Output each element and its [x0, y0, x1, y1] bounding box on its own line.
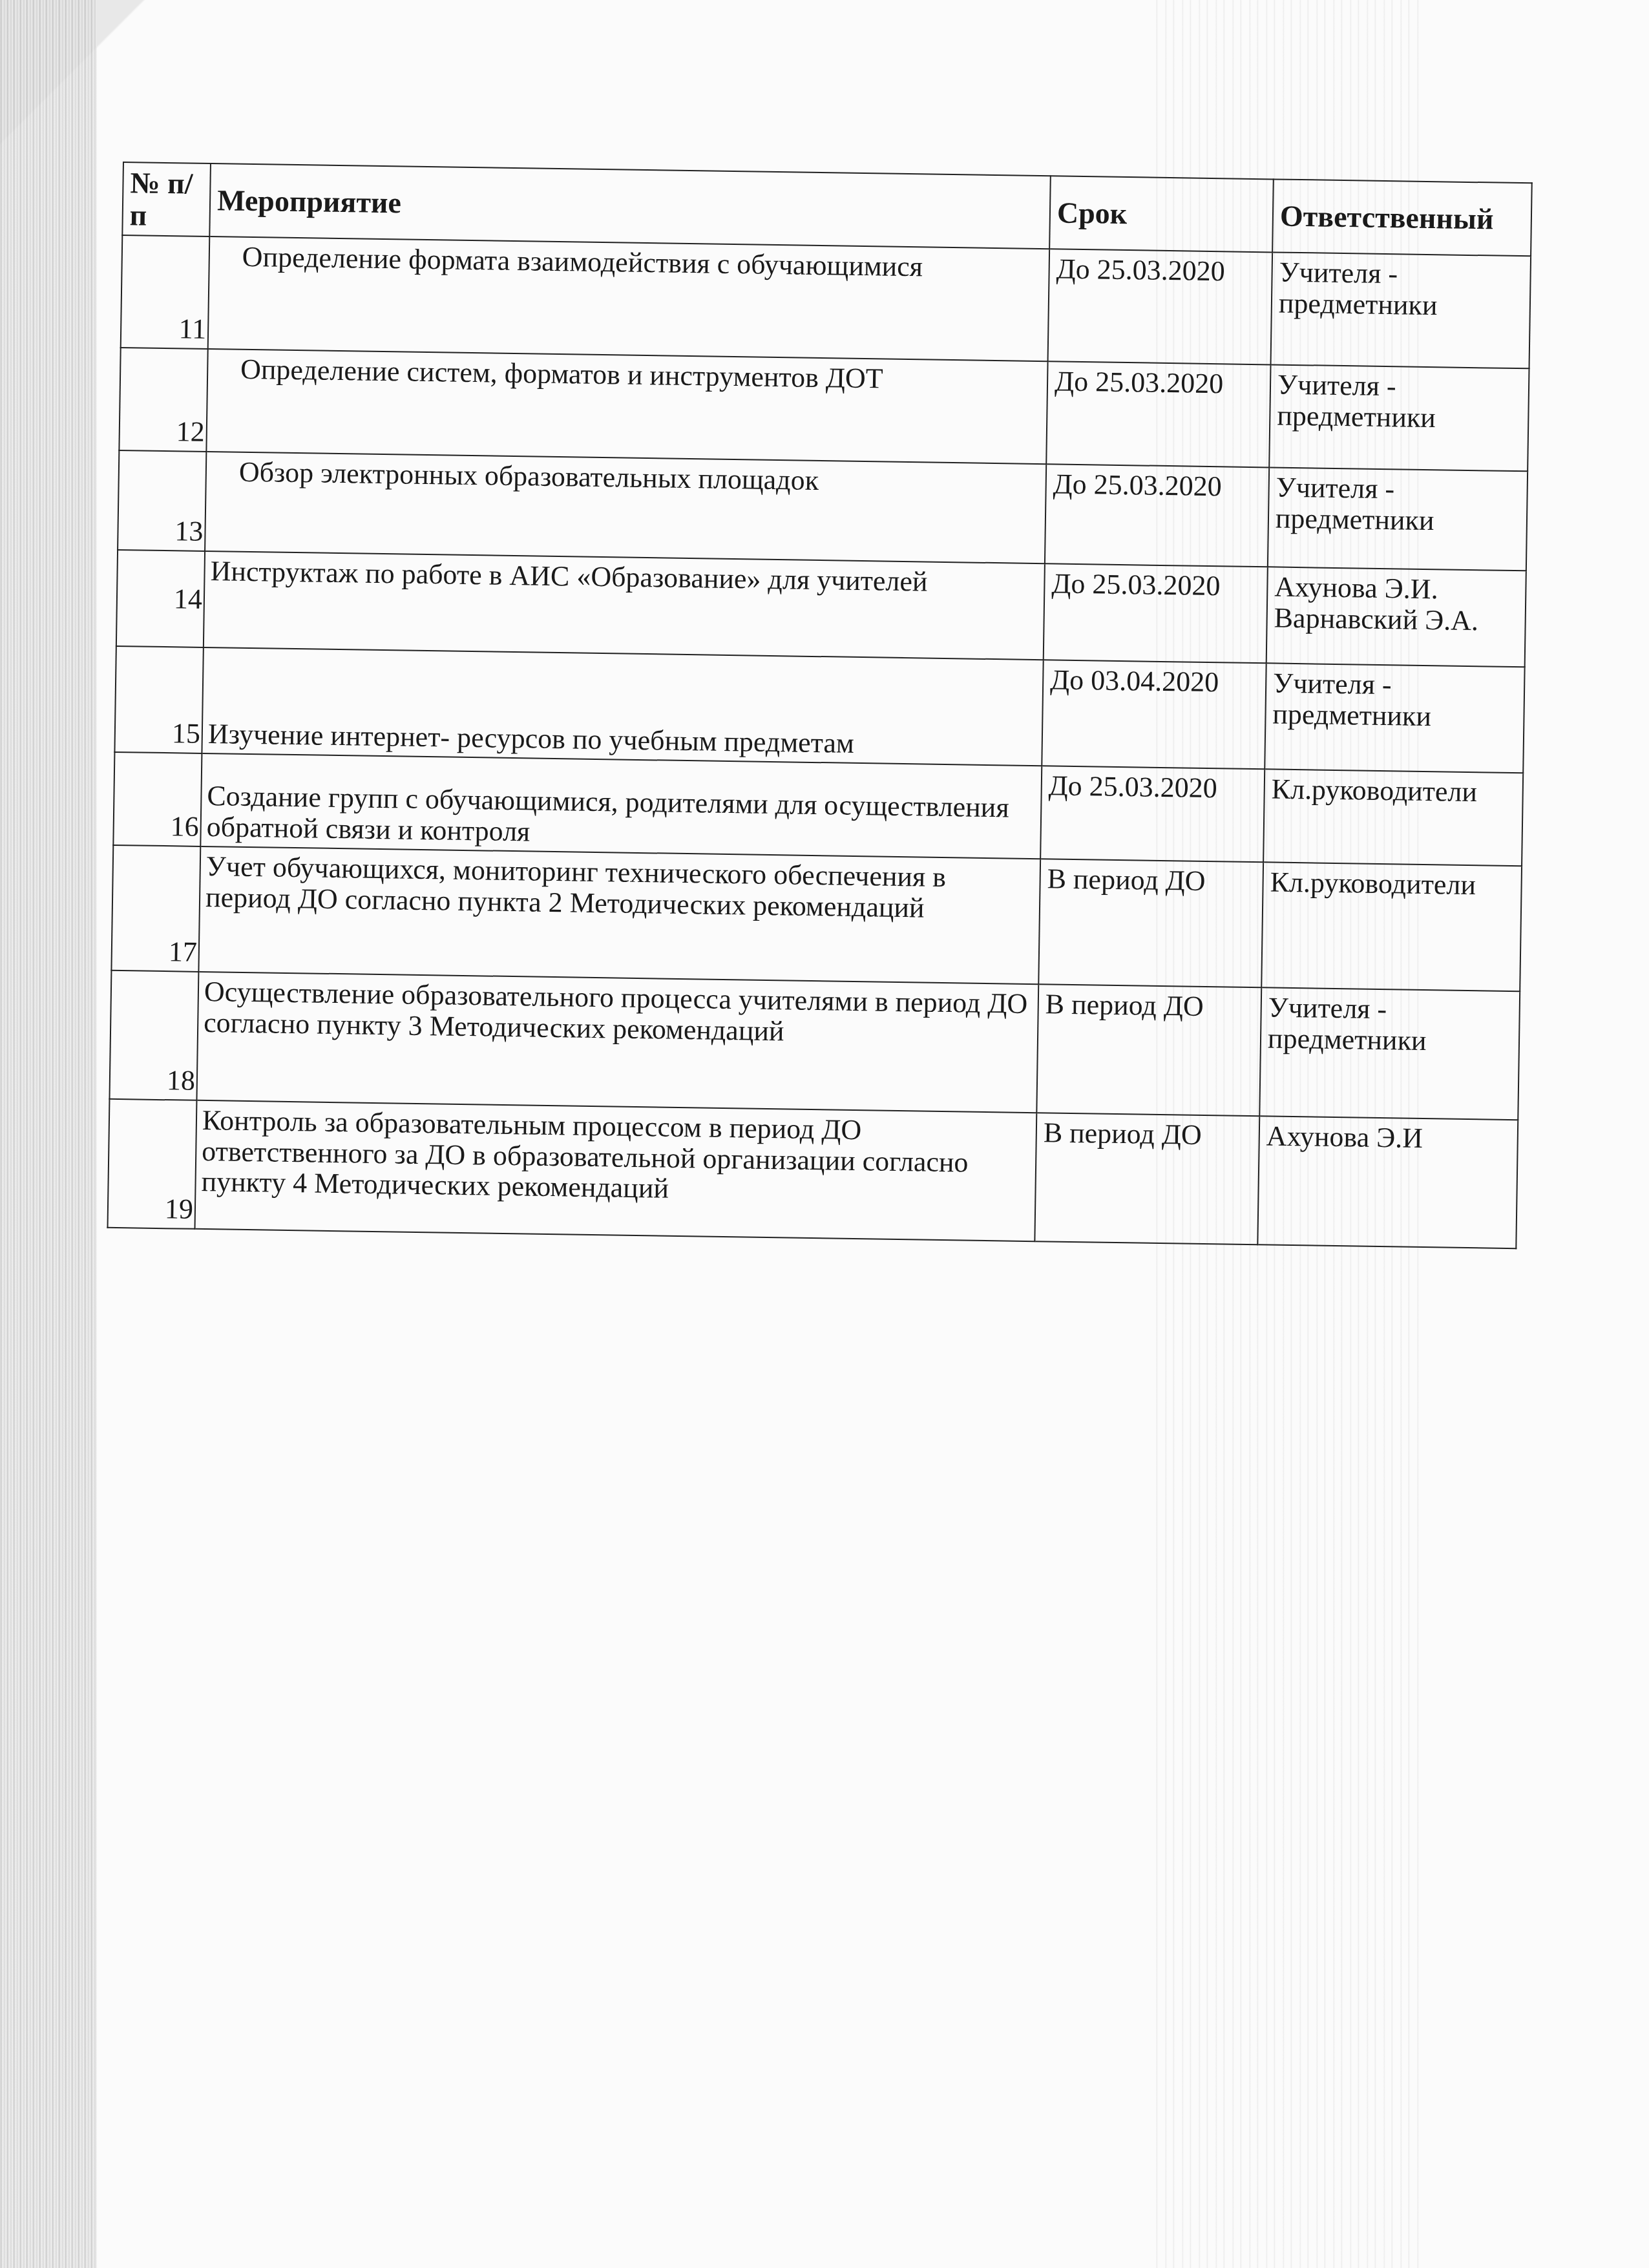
- table-row: 18 Осуществление образовательного процес…: [109, 971, 1520, 1120]
- table-row: 11 Определение формата взаимодействия с …: [121, 235, 1531, 368]
- row-num: 16: [113, 752, 202, 846]
- row-num: 15: [114, 646, 203, 753]
- row-num: 17: [111, 845, 200, 972]
- row-deadline: До 25.03.2020: [1040, 766, 1265, 863]
- row-num: 13: [118, 450, 206, 551]
- row-num: 11: [121, 235, 210, 349]
- row-activity: Инструктаж по работе в АИС «Образование»…: [204, 551, 1045, 660]
- row-activity: Учет обучающихся, мониторинг техническог…: [198, 846, 1040, 984]
- row-responsible: Учителя - предметники: [1269, 365, 1529, 472]
- table-row: 19 Контроль за образовательным процессом…: [108, 1099, 1518, 1248]
- table-row: 17 Учет обучающихся, мониторинг техничес…: [111, 845, 1522, 991]
- plan-table: № п/п Мероприятие Срок Ответственный 11 …: [107, 162, 1533, 1250]
- row-activity: Определение формата взаимодействия с обу…: [208, 236, 1049, 361]
- row-activity: Определение систем, форматов и инструмен…: [206, 349, 1047, 464]
- row-deadline: До 25.03.2020: [1045, 465, 1269, 567]
- header-deadline: Срок: [1049, 176, 1274, 252]
- row-responsible: Кл.руководители: [1261, 863, 1522, 992]
- row-responsible: Учителя - предметники: [1259, 988, 1520, 1120]
- row-deadline: В период ДО: [1035, 1113, 1259, 1244]
- row-num: 12: [119, 348, 207, 452]
- row-responsible: Ахунова Э.И. Варнавский Э.А.: [1266, 567, 1526, 667]
- row-responsible: Ахунова Э.И: [1257, 1117, 1518, 1249]
- row-num: 18: [109, 971, 198, 1100]
- header-responsible: Ответственный: [1272, 179, 1532, 256]
- row-deadline: До 25.03.2020: [1046, 362, 1270, 468]
- row-responsible: Учителя - предметники: [1265, 664, 1524, 773]
- header-activity: Мероприятие: [209, 163, 1051, 249]
- row-deadline: До 25.03.2020: [1048, 249, 1273, 365]
- row-activity: Изучение интернет- ресурсов по учебным п…: [202, 647, 1043, 766]
- row-deadline: До 25.03.2020: [1044, 564, 1268, 664]
- table-row: 15 Изучение интернет- ресурсов по учебны…: [114, 646, 1524, 773]
- row-activity: Осуществление образовательного процесса …: [196, 972, 1038, 1113]
- table-row: 12 Определение систем, форматов и инстру…: [119, 348, 1529, 471]
- row-deadline: До 03.04.2020: [1042, 660, 1266, 770]
- header-num: № п/п: [122, 162, 211, 236]
- row-responsible: Учителя - предметники: [1268, 468, 1528, 571]
- row-num: 19: [108, 1099, 197, 1229]
- scan-artifact-left: [0, 0, 97, 2268]
- row-responsible: Учителя - предметники: [1271, 253, 1531, 369]
- row-activity: Создание групп с обучающимися, родителям…: [200, 753, 1042, 859]
- row-responsible: Кл.руководители: [1263, 770, 1523, 866]
- row-activity: Обзор электронных образовательных площад…: [205, 452, 1046, 563]
- row-deadline: В период ДО: [1038, 859, 1263, 988]
- row-num: 14: [116, 550, 205, 647]
- row-deadline: В период ДО: [1036, 985, 1261, 1117]
- row-activity: Контроль за образовательным процессом в …: [195, 1100, 1037, 1241]
- plan-table-container: № п/п Мероприятие Срок Ответственный 11 …: [107, 162, 1531, 1250]
